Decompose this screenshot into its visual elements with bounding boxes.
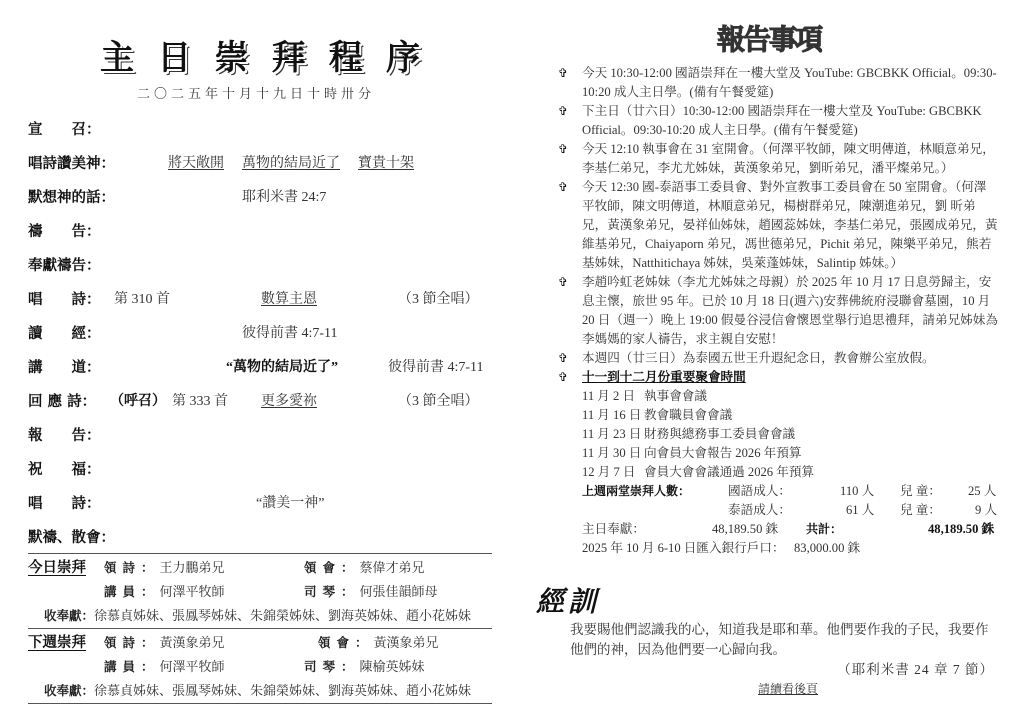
attendance-row: 泰語成人： 61 人 兒 童： 9 人 xyxy=(582,501,998,520)
hymn-number: 第 333 首 xyxy=(172,390,228,414)
order-item-hymn: 唱 詩： 第 310 首 數算主恩 （3 節全唱） xyxy=(28,288,498,312)
cross-icon: ✞ xyxy=(558,178,568,197)
order-label: 奉獻禱告： xyxy=(28,254,101,278)
order-label: 宣 召： xyxy=(28,118,101,142)
roster-lead-hymn: 領詩：黃漢象弟兄 xyxy=(104,632,225,654)
continue-link[interactable]: 請續看後頁 xyxy=(512,680,1024,697)
attendance-child-label: 兒 童： xyxy=(900,482,941,501)
title-char: 崇 xyxy=(214,30,248,79)
divider xyxy=(28,628,492,629)
order-item-prayer: 禱 告： xyxy=(28,220,498,244)
attendance-title: 上週兩堂崇拜人數： xyxy=(582,482,690,501)
roster-offering: 收奉獻：徐慕貞姊妹、張鳳琴姊妹、朱錦榮姊妹、劉海英姊妹、趙小花姊妹 xyxy=(44,680,471,702)
roster-pianist: 司琴：何張佳韻師母 xyxy=(304,581,438,603)
order-label: 默禱、散會： xyxy=(28,526,115,550)
attendance-group: 泰語成人： xyxy=(728,501,791,520)
order-label: 講 道： xyxy=(28,356,101,380)
roster-offering: 收奉獻：徐慕貞姊妹、張鳳琴姊妹、朱錦榮姊妹、劉海英姊妹、趙小花姊妹 xyxy=(44,605,471,627)
hymn-title: 更多愛祢 xyxy=(261,390,317,414)
schedule-event: 財務與總務事工委員會會議 xyxy=(644,425,795,444)
hymn-title: 萬物的結局近了 xyxy=(242,152,340,176)
bank-deposit-row: 2025 年 10 月 6-10 日匯入銀行戶口： 83,000.00 銖 xyxy=(582,539,998,558)
schedule-date: 11 月 2 日 xyxy=(582,387,644,406)
sermon-title: “萬物的結局近了” xyxy=(226,356,338,380)
offering-amount: 48,189.50 銖 xyxy=(712,520,778,539)
divider xyxy=(28,703,492,704)
roster-lead-meeting: 領會：蔡偉才弟兄 xyxy=(304,557,425,579)
roster-heading: 下週崇拜 xyxy=(28,632,86,654)
attendance-child-label: 兒 童： xyxy=(900,501,941,520)
today-service-roster: 今日崇拜 領詩：王力鵬弟兄 領會：蔡偉才弟兄 講員：何澤平牧師 司琴：何張佳韻師… xyxy=(28,557,498,627)
title-char: 程 xyxy=(329,30,363,79)
schedule-date: 12 月 7 日 xyxy=(582,463,644,482)
announcement-item: ✞ 今天 12:10 執事會在 31 室開會。（何澤平牧師，陳文明傳道，林順意弟… xyxy=(558,140,998,178)
bank-label: 2025 年 10 月 6-10 日匯入銀行戶口： xyxy=(582,539,785,558)
total-label: 共計： xyxy=(806,520,842,539)
order-label: 唱 詩： xyxy=(28,492,101,516)
order-label: 報 告： xyxy=(28,424,101,448)
order-item-announcements: 報 告： xyxy=(28,424,498,448)
scripture-ref: 耶利米書 24:7 xyxy=(242,186,326,210)
verse-reference: （耶利米書 24 章 7 節） xyxy=(837,658,994,678)
order-item-offering-prayer: 奉獻禱告： xyxy=(28,254,498,278)
attendance-children: 9 人 xyxy=(975,501,997,520)
roster-lead-hymn: 領詩：王力鵬弟兄 xyxy=(104,557,225,579)
title-char: 拜 xyxy=(272,30,306,79)
schedule-heading: 十一到十二月份重要聚會時間 xyxy=(582,368,998,387)
order-item-response-hymn: 回 應 詩： （呼召） 第 333 首 更多愛祢 （3 節全唱） xyxy=(28,390,498,414)
title-char: 序 xyxy=(386,30,420,79)
schedule-row: 11 月 23 日 財務與總務事工委員會會議 xyxy=(582,425,998,444)
announcements-page: 報告事項 ✞ 今天 10:30-12:00 國語崇拜在一樓大堂及 YouTube… xyxy=(512,0,1024,724)
total-amount: 48,189.50 銖 xyxy=(928,520,994,539)
order-label: 祝 福： xyxy=(28,458,101,482)
scripture-ref: 彼得前書 4:7-11 xyxy=(242,322,338,346)
cross-icon: ✞ xyxy=(558,64,568,83)
schedule-event: 向會員大會報告 2026 年預算 xyxy=(644,444,801,463)
announcement-item: ✞ 下主日（廿六日）10:30-12:00 國語崇拜在一樓大堂及 YouTube… xyxy=(558,102,998,140)
announcements-title: 報告事項 xyxy=(717,18,821,58)
hymn-title: 將天敞開 xyxy=(168,152,224,176)
hymn-title: “讚美一神” xyxy=(256,492,324,516)
order-of-service-page: 主 日 崇 拜 程 序 二〇二五年十月十九日十時卅分 宣 召： 唱詩讚美神： 將… xyxy=(0,0,512,724)
schedule-event: 會員大會會議通過 2026 年預算 xyxy=(644,463,814,482)
attendance-adults: 61 人 xyxy=(846,501,874,520)
title-char: 日 xyxy=(157,30,191,79)
schedule-date: 11 月 16 日 xyxy=(582,406,644,425)
roster-speaker: 講員：何澤平牧師 xyxy=(104,656,225,678)
attendance-group: 國語成人： xyxy=(728,482,791,501)
order-label: 唱詩讚美神： xyxy=(28,152,115,176)
cross-icon: ✞ xyxy=(558,140,568,159)
schedule-row: 11 月 2 日 執事會會議 xyxy=(582,387,998,406)
order-item-sermon: 講 道： “萬物的結局近了” 彼得前書 4:7-11 xyxy=(28,356,498,380)
service-date: 二〇二五年十月十九日十時卅分 xyxy=(0,83,512,102)
response-type: （呼召） xyxy=(110,390,166,414)
offering-label: 主日奉獻： xyxy=(582,520,645,539)
announcement-item: ✞ 今天 10:30-12:00 國語崇拜在一樓大堂及 YouTube: GBC… xyxy=(558,64,998,102)
cross-icon: ✞ xyxy=(558,368,568,387)
order-label: 唱 詩： xyxy=(28,288,101,312)
title-char: 主 xyxy=(100,30,134,79)
schedule-date: 11 月 30 日 xyxy=(582,444,644,463)
attendance-adults: 110 人 xyxy=(840,482,874,501)
attendance-row: 上週兩堂崇拜人數： 國語成人： 110 人 兒 童： 25 人 xyxy=(582,482,998,501)
announcement-item: ✞ 本週四（廿三日）為泰國五世王升遐紀念日，教會辦公室放假。 xyxy=(558,349,998,368)
roster-lead-meeting: 領會：黃漢象弟兄 xyxy=(318,632,439,654)
hymn-title: 數算主恩 xyxy=(261,288,317,312)
schedule-row: 11 月 16 日 教會職員會會議 xyxy=(582,406,998,425)
order-label: 默想神的話： xyxy=(28,186,115,210)
hymn-verses: （3 節全唱） xyxy=(398,288,479,312)
page-title: 主 日 崇 拜 程 序 xyxy=(100,30,420,79)
verse-text: 我要賜他們認識我的心，知道我是耶和華。他們要作我的子民，我要作他們的神，因為他們… xyxy=(570,620,1000,660)
order-item-call-to-worship: 宣 召： xyxy=(28,118,498,142)
hymn-number: 第 310 首 xyxy=(114,288,170,312)
bank-amount: 83,000.00 銖 xyxy=(794,539,860,558)
roster-heading: 今日崇拜 xyxy=(28,557,86,579)
offering-row: 主日奉獻： 48,189.50 銖 共計： 48,189.50 銖 xyxy=(582,520,998,539)
scripture-ref: 彼得前書 4:7-11 xyxy=(388,356,484,380)
next-week-service-roster: 下週崇拜 領詩：黃漢象弟兄 領會：黃漢象弟兄 講員：何澤平牧師 司琴：陳榆英姊妹… xyxy=(28,632,498,702)
schedule-event: 執事會會議 xyxy=(644,387,707,406)
order-label: 讀 經： xyxy=(28,322,101,346)
order-item-meditation: 默想神的話： 耶利米書 24:7 xyxy=(28,186,498,210)
order-item-closing-hymn: 唱 詩： “讚美一神” xyxy=(28,492,498,516)
schedule-row: 11 月 30 日 向會員大會報告 2026 年預算 xyxy=(582,444,998,463)
divider xyxy=(28,553,492,554)
cross-icon: ✞ xyxy=(558,102,568,121)
cross-icon: ✞ xyxy=(558,273,568,292)
order-item-benediction: 祝 福： xyxy=(28,458,498,482)
cross-icon: ✞ xyxy=(558,349,568,368)
schedule-date: 11 月 23 日 xyxy=(582,425,644,444)
order-label: 回 應 詩： xyxy=(28,390,96,414)
roster-pianist: 司琴：陳榆英姊妹 xyxy=(304,656,425,678)
announcement-item: ✞ 李趙吟虹老姊妹（李尤尤姊妹之母親）於 2025 年 10 月 17 日息勞歸… xyxy=(558,273,998,349)
roster-speaker: 講員：何澤平牧師 xyxy=(104,581,225,603)
schedule-section: ✞ 十一到十二月份重要聚會時間 11 月 2 日 執事會會議 11 月 16 日… xyxy=(558,368,998,558)
order-item-praise: 唱詩讚美神： 將天敞開 萬物的結局近了 寶貴十架 xyxy=(28,152,498,176)
announcements-list: ✞ 今天 10:30-12:00 國語崇拜在一樓大堂及 YouTube: GBC… xyxy=(558,64,998,558)
attendance-children: 25 人 xyxy=(968,482,996,501)
announcement-item: ✞ 今天 12:30 國-泰語事工委員會、對外宣教事工委員會在 50 室開會。（… xyxy=(558,178,998,273)
verse-title: 經訓 xyxy=(536,580,600,620)
schedule-event: 教會職員會會議 xyxy=(644,406,732,425)
schedule-row: 12 月 7 日 會員大會會議通過 2026 年預算 xyxy=(582,463,998,482)
order-item-scripture-reading: 讀 經： 彼得前書 4:7-11 xyxy=(28,322,498,346)
hymn-verses: （3 節全唱） xyxy=(398,390,479,414)
hymn-title: 寶貴十架 xyxy=(358,152,414,176)
order-item-dismissal: 默禱、散會： xyxy=(28,526,498,550)
order-label: 禱 告： xyxy=(28,220,101,244)
